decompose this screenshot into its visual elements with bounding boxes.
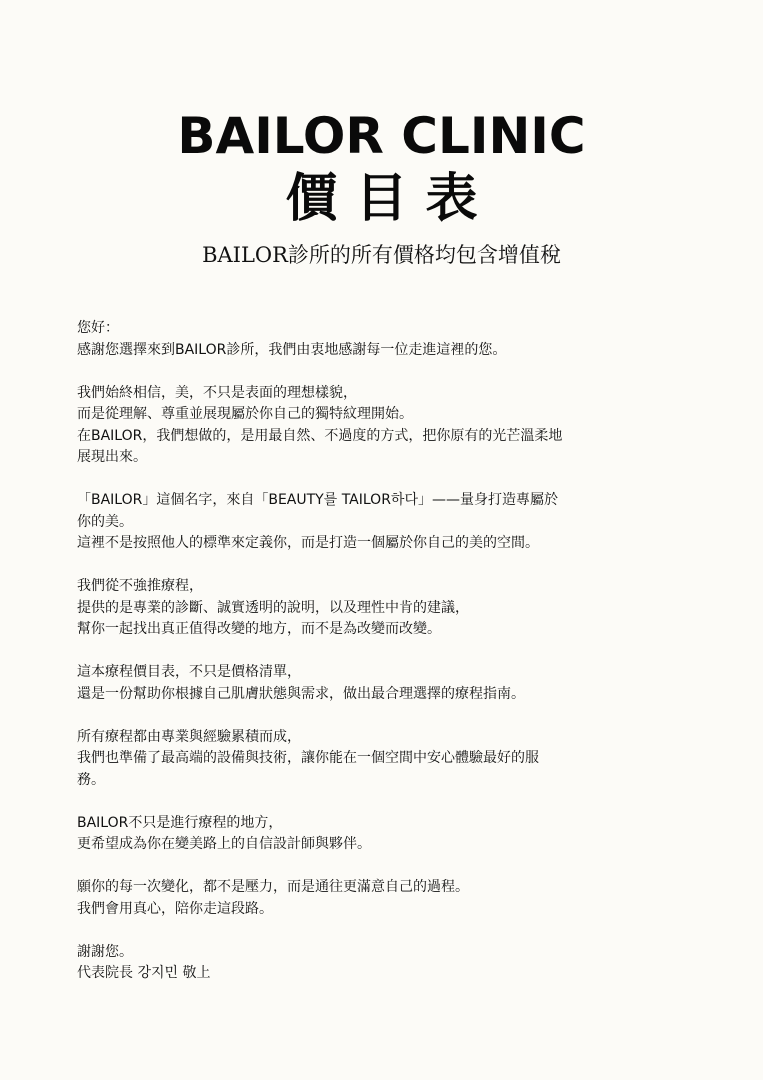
letter-closing: 謝謝您。 <box>77 942 637 964</box>
letter-line: 更希望成為你在變美路上的自信設計師與夥伴。 <box>77 834 637 856</box>
letter-line: 務。 <box>77 770 637 792</box>
letter-line: 我們也準備了最高端的設備與技術，讓你能在一個空間中安心體驗最好的服 <box>77 748 637 770</box>
letter-paragraph-expertise: 所有療程都由專業與經驗累積而成， 我們也準備了最高端的設備與技術，讓你能在一個空… <box>77 727 637 792</box>
letter-line: 還是一份幫助你根據自己肌膚狀態與需求，做出最合理選擇的療程指南。 <box>77 684 637 706</box>
letter-signatory: 代表院長 강지민 敬上 <box>77 963 637 985</box>
letter-line: 這裡不是按照他人的標準來定義你，而是打造一個屬於你自己的美的空間。 <box>77 533 637 555</box>
letter-paragraph-greeting: 您好： 感謝您選擇來到BAILOR診所，我們由衷地感謝每一位走進這裡的您。 <box>77 318 637 361</box>
letter-line: 願你的每一次變化，都不是壓力，而是通往更滿意自己的過程。 <box>77 877 637 899</box>
welcome-letter: 您好： 感謝您選擇來到BAILOR診所，我們由衷地感謝每一位走進這裡的您。 我們… <box>77 318 637 1006</box>
letter-line: 這本療程價目表，不只是價格清單， <box>77 662 637 684</box>
letter-line: BAILOR不只是進行療程的地方， <box>77 813 637 835</box>
letter-paragraph-partner: BAILOR不只是進行療程的地方， 更希望成為你在變美路上的自信設計師與夥伴。 <box>77 813 637 856</box>
vat-notice-subtitle: BAILOR診所的所有價格均包含增值稅 <box>0 240 763 270</box>
clinic-brand-name: BAILOR CLINIC <box>0 108 763 164</box>
letter-paragraph-wish: 願你的每一次變化，都不是壓力，而是通往更滿意自己的過程。 我們會用真心，陪你走這… <box>77 877 637 920</box>
page-title: 價目表 <box>0 168 763 230</box>
letter-paragraph-consultation: 我們從不強推療程， 提供的是專業的診斷、誠實透明的說明，以及理性中肯的建議， 幫… <box>77 576 637 641</box>
letter-line: 感謝您選擇來到BAILOR診所，我們由衷地感謝每一位走進這裡的您。 <box>77 340 637 362</box>
letter-line: 您好： <box>77 318 637 340</box>
letter-line: 而是從理解、尊重並展現屬於你自己的獨特紋理開始。 <box>77 404 637 426</box>
letter-line: 我們會用真心，陪你走這段路。 <box>77 899 637 921</box>
letter-line: 我們始終相信，美，不只是表面的理想樣貌， <box>77 383 637 405</box>
price-list-cover-page: BAILOR CLINIC 價目表 BAILOR診所的所有價格均包含增值稅 您好… <box>0 0 763 1080</box>
letter-line: 提供的是專業的診斷、誠實透明的說明，以及理性中肯的建議， <box>77 598 637 620</box>
letter-line: 我們從不強推療程， <box>77 576 637 598</box>
letter-line: 幫你一起找出真正值得改變的地方，而不是為改變而改變。 <box>77 619 637 641</box>
letter-paragraph-price-guide: 這本療程價目表，不只是價格清單， 還是一份幫助你根據自己肌膚狀態與需求，做出最合… <box>77 662 637 705</box>
letter-line: 展現出來。 <box>77 447 637 469</box>
letter-line: 所有療程都由專業與經驗累積而成， <box>77 727 637 749</box>
letter-line: 「BAILOR」這個名字，來自「BEAUTY를 TAILOR하다」——量身打造專… <box>77 490 637 512</box>
letter-line: 你的美。 <box>77 512 637 534</box>
letter-paragraph-name-origin: 「BAILOR」這個名字，來自「BEAUTY를 TAILOR하다」——量身打造專… <box>77 490 637 555</box>
letter-paragraph-philosophy: 我們始終相信，美，不只是表面的理想樣貌， 而是從理解、尊重並展現屬於你自己的獨特… <box>77 383 637 469</box>
letter-signature: 謝謝您。 代表院長 강지민 敬上 <box>77 942 637 985</box>
letter-line: 在BAILOR，我們想做的，是用最自然、不過度的方式，把你原有的光芒溫柔地 <box>77 426 637 448</box>
